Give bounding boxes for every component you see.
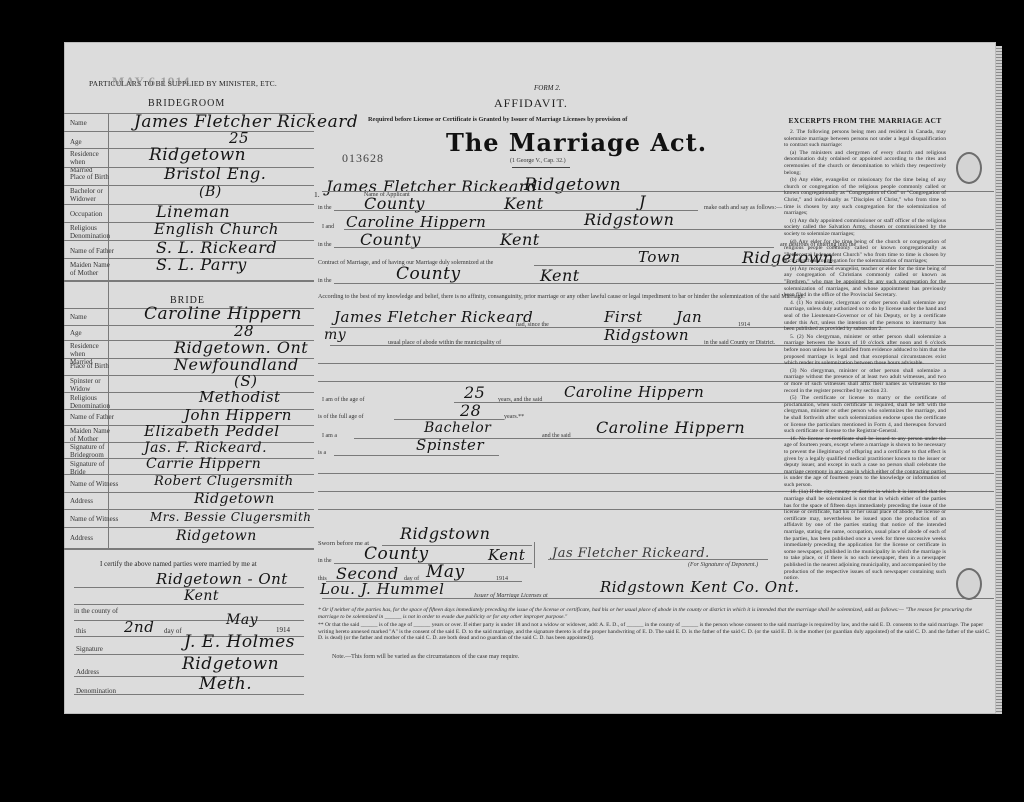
minister-signature: J. E. Holmes bbox=[184, 632, 295, 652]
bride-name-label: Name bbox=[70, 313, 87, 321]
binder-ring-icon bbox=[956, 152, 982, 184]
groom-occupation-value: Lineman bbox=[156, 202, 230, 221]
bride-religion-label: Religious Denomination bbox=[70, 394, 110, 410]
binder-ring-icon bbox=[956, 568, 982, 600]
in-the-label: in the bbox=[318, 242, 332, 248]
bride-mother-label: Maiden Name of Mother bbox=[70, 427, 110, 443]
para-5-text: is a bbox=[318, 450, 326, 456]
footnote-star: * Or if neither of the parties has, for … bbox=[318, 607, 994, 620]
certify-place-line2: Kent bbox=[184, 588, 219, 604]
bride-name-affidavit: Caroline Hippern bbox=[564, 383, 704, 401]
sworn-county: County bbox=[364, 544, 429, 564]
groom-occupation-label: Occupation bbox=[70, 210, 102, 218]
groom-father-label: Name of Father bbox=[70, 247, 114, 255]
signature-caption: (For Signature of Deponent.) bbox=[688, 562, 758, 568]
form-title: AFFIDAVIT. bbox=[494, 96, 568, 111]
bridegroom-heading: BRIDEGROOM bbox=[148, 98, 225, 109]
signature-label: Signature bbox=[76, 645, 103, 653]
witness2-label: Name of Witness bbox=[70, 515, 118, 523]
act-citation: (1 George V., Cap. 32.) bbox=[510, 158, 566, 164]
witness1-label: Name of Witness bbox=[70, 480, 118, 488]
excerpt-paragraph: (3) No clergyman, minister or other pers… bbox=[784, 368, 946, 394]
groom-status-value: (B) bbox=[199, 184, 222, 200]
witness2-address-value: Ridgetown bbox=[176, 528, 257, 544]
para-3-person: James Fletcher Rickeard bbox=[334, 308, 533, 326]
para-4-text: I am of the age of bbox=[322, 397, 364, 403]
excerpt-paragraph: 2. The following persons being men and r… bbox=[784, 129, 946, 149]
in-the-label: in the bbox=[318, 558, 332, 564]
witness1-address-value: Ridgetown bbox=[194, 491, 275, 507]
excerpt-paragraph: 18. (1a) If the city, county or district… bbox=[784, 489, 946, 581]
certify-intro: I certify the above named parties were m… bbox=[100, 560, 257, 568]
certify-day: 2nd bbox=[124, 618, 154, 636]
footnote-note: Note.—This form will be varied as the ci… bbox=[332, 654, 519, 660]
groom-mother-label: Maiden Name of Mother bbox=[70, 261, 110, 277]
para-4-text: years.** bbox=[504, 414, 524, 420]
in-the-label: in the bbox=[318, 205, 332, 211]
bride-status-label: Spinster or Widow bbox=[70, 377, 106, 393]
excerpts-title: EXCERPTS FROM THE MARRIAGE ACT bbox=[784, 116, 946, 125]
groom-religion-label: Religious Denomination bbox=[70, 224, 110, 240]
applicant-place: Ridgetown bbox=[524, 175, 621, 195]
day-of-label: day of bbox=[164, 627, 182, 635]
groom-residence-label: Residence when Married bbox=[70, 150, 108, 174]
para-5-text: I am a bbox=[322, 433, 337, 439]
excerpt-paragraph: (b) Any elder, evangelist or missionary … bbox=[784, 177, 946, 217]
form-number: FORM 2. bbox=[534, 84, 560, 92]
groom-signature-label: Signature of Bridegroom bbox=[70, 443, 110, 459]
solemnize-county: County bbox=[396, 264, 461, 284]
groom-age-label: Age bbox=[70, 138, 82, 146]
county-label: in the county of bbox=[74, 607, 118, 615]
groom-birthplace-value: Bristol Eng. bbox=[164, 164, 266, 183]
excerpt-paragraph: (c) Any duly appointed commissioner or s… bbox=[784, 218, 946, 238]
bride-religion-value: Methodist bbox=[199, 388, 281, 406]
para-3-possessive: my bbox=[324, 327, 346, 343]
marriage-affidavit-form: PARTICULARS TO BE SUPPLIED BY MINISTER, … bbox=[64, 42, 996, 714]
requirement-line: Required before License or Certificate i… bbox=[368, 116, 627, 123]
paper-edge bbox=[996, 46, 1002, 714]
sworn-county-name: Kent bbox=[488, 546, 525, 564]
groom-name-label: Name bbox=[70, 119, 87, 127]
sworn-label: Sworn before me at bbox=[318, 540, 369, 547]
witness2-value: Mrs. Bessie Clugersmith bbox=[150, 510, 312, 524]
bride-signature-value: Carrie Hippern bbox=[146, 456, 261, 472]
minister-denomination: Meth. bbox=[199, 674, 252, 694]
solemnize-type: Town bbox=[638, 248, 680, 266]
excerpt-paragraph: 4. (1) No minister, clergyman or other p… bbox=[784, 300, 946, 333]
issuer-signature: Lou. J. Hummel bbox=[320, 580, 444, 598]
minister-address: Ridgetown bbox=[182, 654, 279, 674]
groom-status-label: Bachelor or Widower bbox=[70, 187, 106, 203]
excerpt-paragraph: (a) The ministers and clergymen of every… bbox=[784, 150, 946, 176]
certify-month: May bbox=[226, 612, 258, 628]
excerpt-paragraph: (5) The certificate or license to marry … bbox=[784, 395, 946, 435]
i-and-label: I and bbox=[322, 224, 334, 230]
bride-name-value: Caroline Hippern bbox=[144, 304, 302, 324]
excerpts-column: EXCERPTS FROM THE MARRIAGE ACT 2. The fo… bbox=[784, 116, 946, 583]
certify-place: Ridgetown - Ont bbox=[156, 570, 288, 588]
bride-status-affidavit: Spinster bbox=[416, 436, 484, 454]
para-3-municipality: Ridgstown bbox=[604, 326, 689, 344]
para-3-month: Jan bbox=[676, 308, 702, 326]
groom-age-affidavit: 25 bbox=[464, 383, 485, 402]
bride-father-label: Name of Father bbox=[70, 413, 114, 421]
para-1-number: 1. bbox=[314, 190, 320, 199]
groom-mother-value: S. L. Parry bbox=[156, 255, 247, 274]
received-stamp: MAY 6 1914 bbox=[112, 74, 190, 90]
groom-status-affidavit: Bachelor bbox=[424, 420, 491, 436]
bride-birthplace-label: Place of Birth bbox=[70, 362, 109, 370]
issuer-place: Ridgstown Kent Co. Ont. bbox=[600, 578, 800, 596]
groom-religion-value: English Church bbox=[154, 220, 279, 238]
excerpt-paragraph: 16. No license or certificate shall be i… bbox=[784, 436, 946, 489]
sworn-place: Ridgstown bbox=[400, 524, 490, 543]
bride-age-label: Age bbox=[70, 329, 82, 337]
second-party-place: Ridgstown bbox=[584, 210, 674, 229]
bride-name-status: Caroline Hippern bbox=[596, 418, 745, 437]
groom-birthplace-label: Place of Birth bbox=[70, 173, 109, 181]
groom-residence-value: Ridgetown bbox=[149, 145, 246, 165]
sworn-month: May bbox=[426, 562, 465, 582]
excerpt-paragraph: 5. (2) No clergyman, minister or other p… bbox=[784, 334, 946, 367]
this-label: this bbox=[76, 627, 86, 635]
groom-signature-value: Jas. F. Rickeard. bbox=[144, 440, 267, 456]
excerpts-text: 2. The following persons being men and r… bbox=[784, 129, 946, 582]
act-title: The Marriage Act. bbox=[446, 128, 707, 157]
make-oath-text: make oath and say as follows:— bbox=[704, 205, 782, 211]
excerpt-paragraph: (e) Any recognized evangelist, teacher o… bbox=[784, 266, 946, 299]
address-label: Address bbox=[76, 668, 99, 676]
bride-age-affidavit: 28 bbox=[460, 401, 481, 420]
serial-number: 013628 bbox=[342, 151, 384, 166]
para-3-day: First bbox=[604, 308, 643, 326]
in-the-label: in the bbox=[318, 278, 332, 284]
witness1-address-label: Address bbox=[70, 497, 93, 505]
applicant-addition: J bbox=[639, 192, 646, 211]
para-4-text: is of the full age of bbox=[318, 414, 364, 420]
footnote-double-star: ** Or that the said ______ is of the age… bbox=[318, 622, 994, 642]
bride-mother-value: Elizabeth Peddel bbox=[144, 422, 280, 440]
excerpt-paragraph: (d) Any elder for the time being of the … bbox=[784, 239, 946, 265]
witness2-address-label: Address bbox=[70, 534, 93, 542]
witness1-value: Robert Clugersmith bbox=[154, 474, 294, 489]
